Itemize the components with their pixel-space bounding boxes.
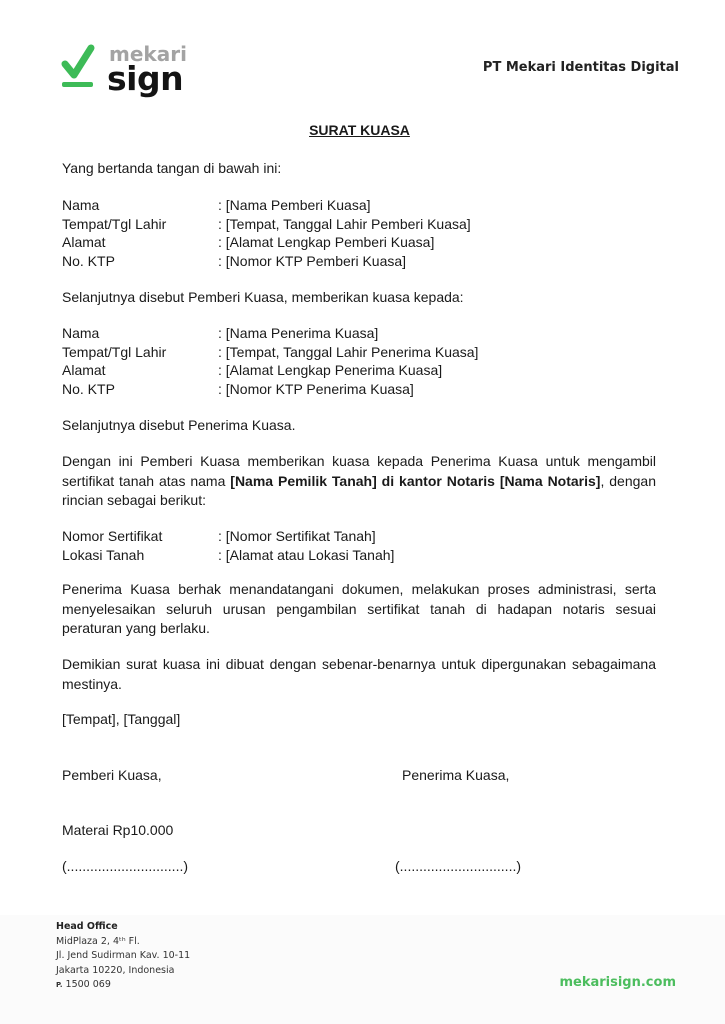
check-underline-icon (60, 42, 100, 90)
phone: P. 1500 069 (56, 978, 190, 993)
logo-word-sign: sign (107, 59, 183, 98)
intro-text: Yang bertanda tangan di bawah ini: (62, 159, 281, 177)
grantor-row: Alamat: [Alamat Lengkap Pemberi Kuasa] (62, 233, 662, 252)
grantor-row: Nama: [Nama Pemberi Kuasa] (62, 196, 662, 215)
grantee-row: No. KTP: [Nomor KTP Penerima Kuasa] (62, 380, 662, 399)
grantor-details: Nama: [Nama Pemberi Kuasa] Tempat/Tgl La… (62, 196, 662, 270)
head-office-address: Head Office MidPlaza 2, 4ᵗʰ Fl. Jl. Jend… (56, 920, 190, 993)
head-office-heading: Head Office (56, 920, 190, 935)
grantee-signature-line: (..............................) (395, 857, 521, 875)
grantee-row: Tempat/Tgl Lahir: [Tempat, Tanggal Lahir… (62, 343, 662, 362)
place-date: [Tempat], [Tanggal] (62, 710, 180, 728)
address-line: Jl. Jend Sudirman Kav. 10-11 (56, 949, 190, 964)
mandate-paragraph: Dengan ini Pemberi Kuasa memberikan kuas… (62, 452, 656, 511)
closing-paragraph: Demikian surat kuasa ini dibuat dengan s… (62, 655, 656, 694)
grantor-signature-line: (..............................) (62, 857, 188, 875)
stamp-duty-note: Materai Rp10.000 (62, 821, 173, 839)
phone-prefix: P. (56, 981, 63, 989)
certificate-details: Nomor Sertifikat: [Nomor Sertifikat Tana… (62, 527, 662, 564)
address-line: MidPlaza 2, 4ᵗʰ Fl. (56, 935, 190, 950)
mekari-sign-logo: mekari sign (60, 42, 190, 102)
document-title: SURAT KUASA (0, 122, 725, 138)
grantor-signature-label: Pemberi Kuasa, (62, 766, 162, 784)
grantee-signature-label: Penerima Kuasa, (402, 766, 509, 784)
grantor-row: No. KTP: [Nomor KTP Pemberi Kuasa] (62, 252, 662, 271)
company-name: PT Mekari Identitas Digital (483, 60, 679, 75)
grantee-row: Nama: [Nama Penerima Kuasa] (62, 324, 662, 343)
grantee-row: Alamat: [Alamat Lengkap Penerima Kuasa] (62, 361, 662, 380)
mandate-bold: [Nama Pemilik Tanah] di kantor Notaris [… (230, 473, 600, 489)
grantee-details: Nama: [Nama Penerima Kuasa] Tempat/Tgl L… (62, 324, 662, 398)
grantee-note: Selanjutnya disebut Penerima Kuasa. (62, 416, 295, 434)
website-link[interactable]: mekarisign.com (559, 975, 676, 990)
authority-paragraph: Penerima Kuasa berhak menandatangani dok… (62, 580, 656, 639)
address-line: Jakarta 10220, Indonesia (56, 964, 190, 979)
grantor-row: Tempat/Tgl Lahir: [Tempat, Tanggal Lahir… (62, 215, 662, 234)
detail-row: Nomor Sertifikat: [Nomor Sertifikat Tana… (62, 527, 662, 546)
grantor-note: Selanjutnya disebut Pemberi Kuasa, membe… (62, 288, 464, 306)
detail-row: Lokasi Tanah: [Alamat atau Lokasi Tanah] (62, 546, 662, 565)
